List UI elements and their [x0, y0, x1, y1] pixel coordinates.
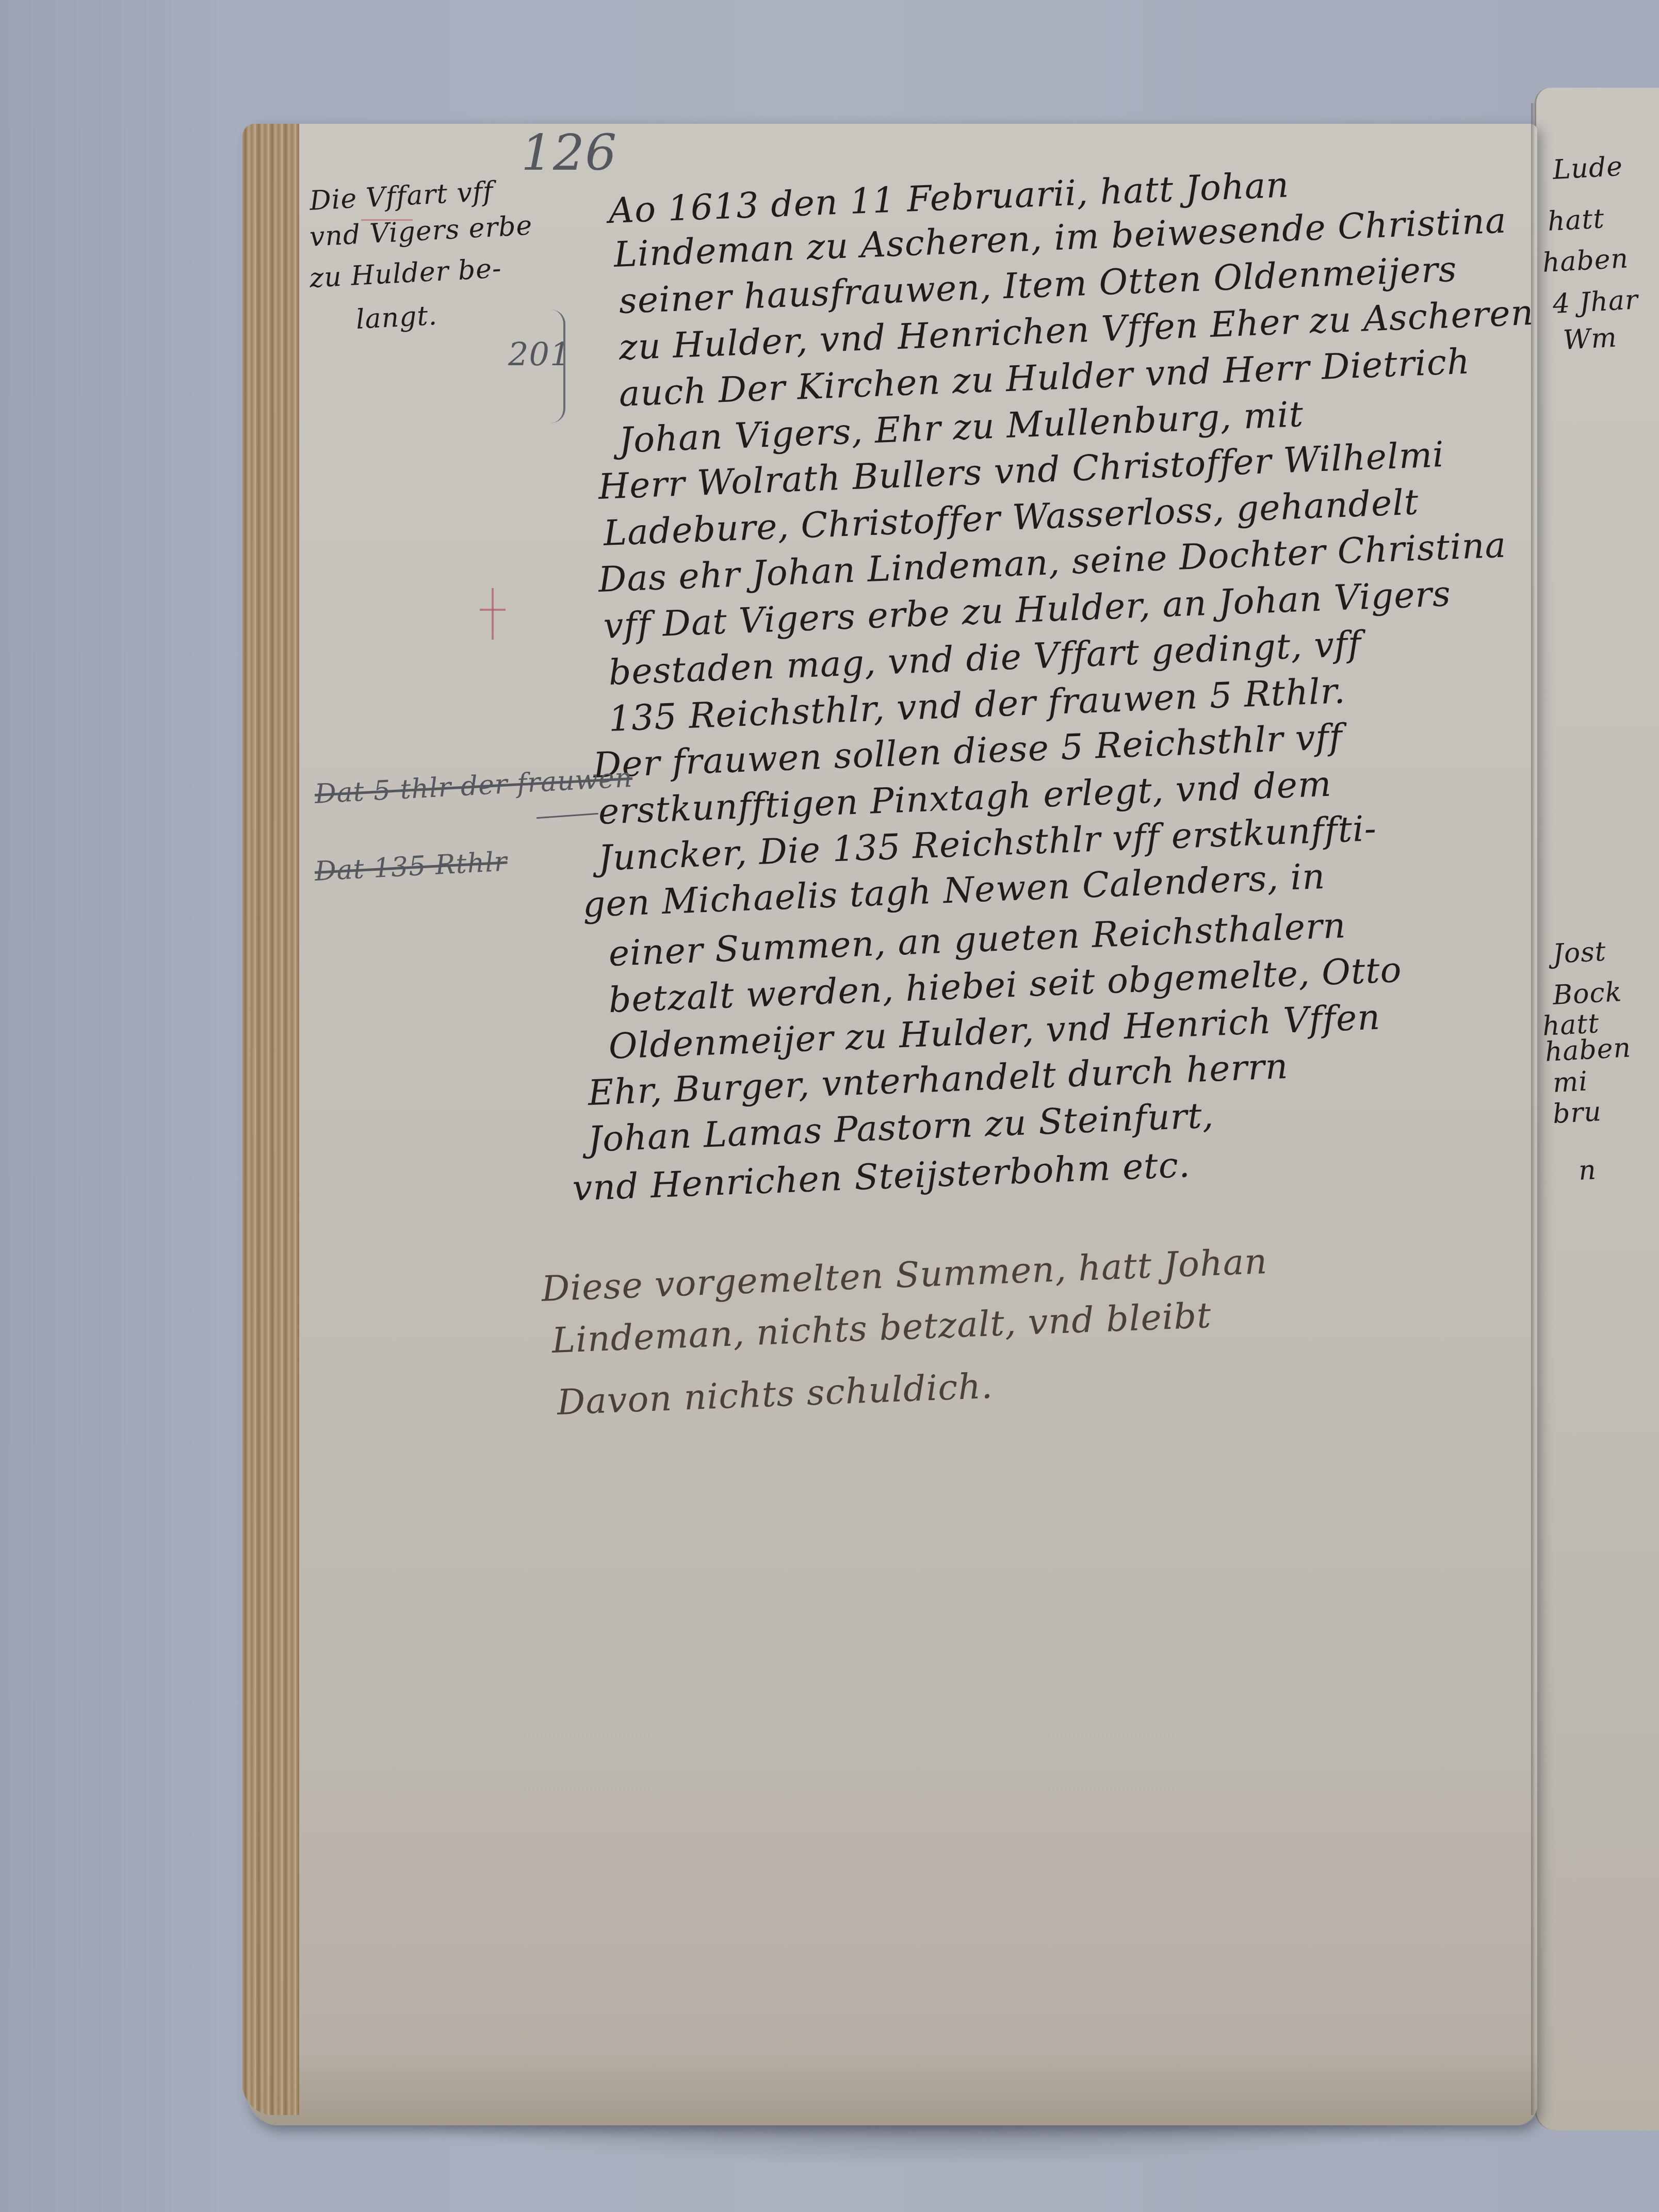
facing-fragment: Lude	[1552, 151, 1623, 186]
folio-number: 126	[521, 124, 617, 182]
facing-fragment: mi	[1552, 1066, 1588, 1098]
facing-fragment: haben	[1541, 243, 1629, 279]
red-underline-mark	[361, 219, 413, 221]
facing-fragment: n	[1577, 1154, 1597, 1186]
facing-fragment: Jost	[1552, 936, 1607, 970]
reference-bracket	[551, 310, 565, 423]
facing-fragment: Wm	[1562, 322, 1618, 356]
binding-spine	[242, 124, 299, 2115]
margin-note-line: langt.	[355, 300, 438, 335]
facing-fragment: bru	[1552, 1096, 1602, 1130]
red-cross-mark	[477, 588, 508, 640]
facing-fragment: Bock	[1552, 977, 1622, 1011]
facing-fragment: 4 Jhar	[1552, 284, 1639, 320]
facing-fragment: hatt	[1547, 203, 1605, 237]
facing-fragment: haben	[1544, 1032, 1632, 1068]
page-gutter	[1531, 103, 1535, 2115]
